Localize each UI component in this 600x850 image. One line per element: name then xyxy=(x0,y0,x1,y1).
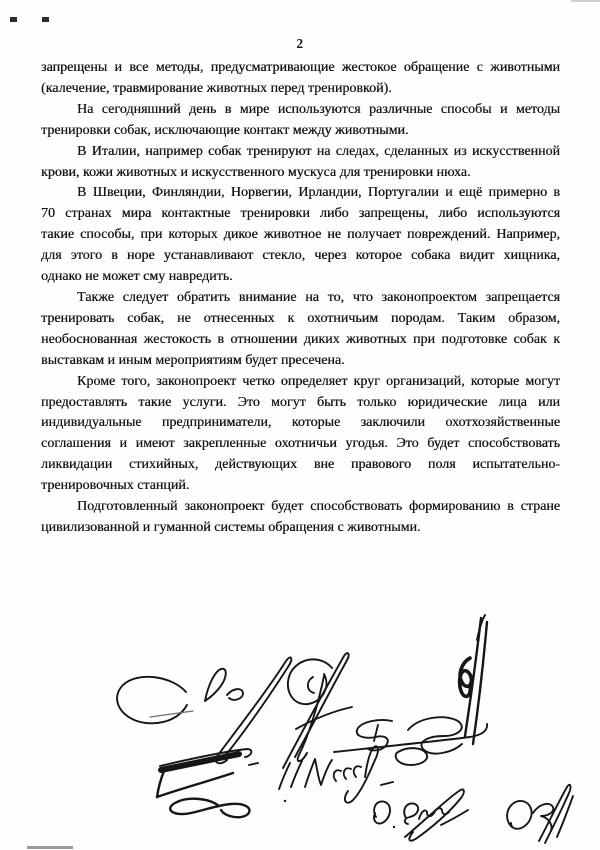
signature-3 xyxy=(460,615,487,744)
signatures-block xyxy=(0,0,600,850)
scanned-document-page: 2 запрещены и все методы, предусматриваю… xyxy=(0,0,600,850)
signature-9 xyxy=(507,785,573,843)
signature-6 xyxy=(170,799,249,817)
signature-1 xyxy=(117,657,291,763)
signature-5 xyxy=(157,749,258,797)
signature-4 xyxy=(334,717,487,765)
signature-8 xyxy=(374,789,468,840)
